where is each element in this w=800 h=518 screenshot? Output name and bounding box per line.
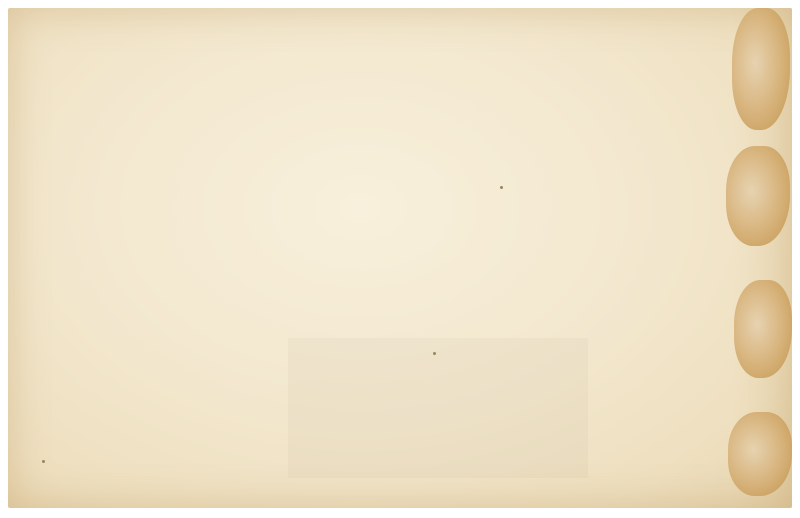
aged-paper-sheet [8, 8, 792, 508]
stain-1 [732, 8, 790, 130]
stain-4 [728, 412, 792, 496]
speck [433, 352, 436, 355]
stain-2 [726, 146, 790, 246]
speck [42, 460, 45, 463]
show-through-text-area [288, 338, 588, 478]
speck [500, 186, 503, 189]
stain-3 [734, 280, 792, 378]
